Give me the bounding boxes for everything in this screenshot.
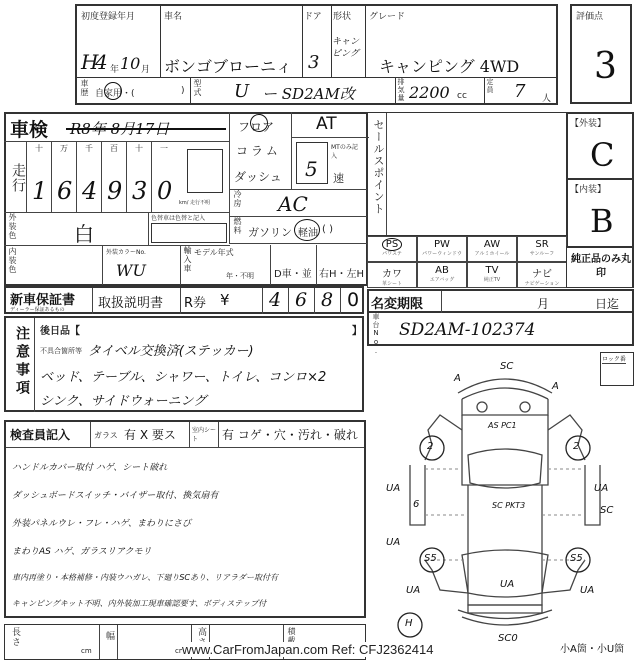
fuel-label: 燃料 — [232, 217, 243, 235]
car-name-cell: 車名 ボンゴブローニィ — [160, 4, 303, 78]
shape-label: 形状 — [333, 9, 351, 22]
damage-mark-hood: AS PC1 — [488, 421, 517, 430]
length-label: 長さ — [9, 627, 22, 647]
equipment-sub: パワーウィンドウ — [418, 250, 466, 257]
damage-mark-left-rear-upper: UA — [386, 537, 400, 548]
warranty-sub: ディーラー保証あるもの — [10, 306, 65, 313]
divider — [180, 245, 181, 285]
model-year-label: モデル年式 — [194, 247, 234, 258]
car-name-value: ボンゴブローニィ — [164, 54, 292, 77]
damage-mark-rear-wheel-right: S5 — [570, 553, 583, 564]
recycle-digit-value: 6 — [295, 289, 307, 311]
name-change-row: 名変期限 月 日迄 — [367, 289, 634, 313]
history-selected-circle — [104, 82, 122, 100]
seat-label: 室内シート — [192, 425, 216, 443]
aircon-label: 冷房 — [232, 190, 243, 208]
diagram-legend: 小A箇・小U箇 — [560, 640, 624, 655]
equipment-sub: 革シート — [368, 280, 416, 287]
mileage-digit-cell: 十3 — [126, 141, 151, 213]
history-close: ) — [181, 86, 185, 96]
fuel-diesel-circle — [294, 219, 320, 241]
recycle-digit-cell: 8 — [314, 288, 340, 314]
speeds-value: 5 — [305, 157, 318, 181]
shift-dash[interactable]: ダッシュ — [234, 168, 282, 185]
equipment-code: TV — [486, 265, 499, 276]
exterior-grade-cell: 【外装】 C — [566, 112, 634, 180]
model-prefix: U — [234, 81, 249, 102]
chassis-row: 車台No. SD2AM-102374 — [367, 312, 634, 346]
recycle-digits: 4680 — [244, 288, 364, 314]
color-code-value: WU — [116, 261, 146, 280]
equipment-ナビ[interactable]: ナビナビゲーション — [517, 262, 567, 288]
inspector-line-4: まわりAS ハゲ、ガラスリアクモリ — [12, 544, 152, 557]
mileage-row: 走行 十1万6千4百9十3一0 km/ 走行不明 — [4, 141, 230, 213]
glass-options: 有 X 要ス — [124, 426, 176, 443]
damage-mark-left-door-lower: 6 — [413, 499, 419, 510]
grade-label: グレード — [369, 9, 405, 22]
exterior-color-value: 白 — [74, 218, 94, 247]
glass-label: ガラス — [94, 430, 118, 441]
manual-label: 取扱説明書 — [98, 292, 163, 311]
equipment-sub: パワステ — [368, 250, 416, 257]
score-label: 評価点 — [576, 9, 603, 22]
recycle-digit-value: 8 — [321, 289, 333, 311]
notes-label: 注意事項 — [12, 326, 32, 398]
door-cell: ドア 3 — [302, 4, 332, 78]
divider — [386, 113, 387, 235]
equipment-カワ[interactable]: カワ革シート — [367, 262, 417, 288]
first-registration-label: 初度登録年月 — [81, 9, 135, 22]
transmission-cell: AT — [292, 112, 369, 138]
later-items-label: 後日品【 — [40, 322, 80, 337]
aircon-row: 冷房 AC — [229, 189, 368, 217]
equipment-code: PW — [434, 239, 450, 250]
mileage-digit-header: 十 — [135, 143, 143, 154]
divider — [92, 288, 93, 314]
chassis-value: SD2AM-102374 — [399, 320, 535, 340]
inspector-block: 検査員記入 ガラス 有 X 要ス 室内シート 有 コゲ・穴・汚れ・破れ ハンドル… — [4, 420, 366, 618]
shaken-label: 車検 — [10, 115, 48, 142]
mileage-stamp-box — [187, 149, 223, 193]
divider — [270, 245, 271, 285]
car-name-label: 車名 — [164, 9, 182, 22]
exterior-grade-label: 【外装】 — [570, 116, 606, 129]
damage-mark-front-bumper-left: A — [454, 373, 461, 384]
equipment-sr[interactable]: SRサンルーフ — [517, 236, 567, 262]
divider — [189, 422, 190, 448]
month-unit: 月 — [141, 62, 150, 75]
divider — [102, 245, 103, 285]
year-unit: 年 — [110, 62, 119, 75]
mileage-digit-cell: 十1 — [26, 141, 51, 213]
interior-grade-cell: 【内装】 B — [566, 178, 634, 248]
genuine-only-cell: 純正品のみ丸印 — [566, 246, 634, 288]
handle-option[interactable]: 右H・左H — [319, 265, 364, 280]
equipment-tv[interactable]: TV純正TV — [467, 262, 517, 288]
damage-mark-right-door: UA — [594, 483, 608, 494]
damage-mark-right-rear-lower: UA — [580, 585, 594, 596]
damage-mark-rear-bumper: SC0 — [498, 633, 518, 644]
mileage-digit-header: 一 — [160, 143, 168, 154]
import-label: 輸入車 — [182, 246, 193, 273]
displacement-value: 2200 — [409, 83, 450, 102]
transmission-value: AT — [316, 114, 337, 134]
capacity-label: 定員 — [485, 78, 495, 94]
inspector-header: 検査員記入 ガラス 有 X 要ス 室内シート 有 コゲ・穴・汚れ・破れ — [6, 422, 364, 448]
sales-point-block: セールスポイント — [367, 112, 567, 236]
speeds-box: 5 — [296, 142, 328, 184]
recycle-digit-cell: 6 — [288, 288, 314, 314]
mileage-digit-value: 4 — [82, 177, 97, 205]
exterior-color-label: 外装色 — [7, 213, 18, 240]
name-change-month: 月 — [537, 295, 549, 312]
divider — [99, 625, 100, 659]
damage-mark-rear-wheel-left: S5 — [424, 553, 437, 564]
damage-mark-front-bumper-center: SC — [500, 361, 513, 372]
interior-color-label: 内装色 — [7, 247, 18, 274]
fuel-gasoline[interactable]: ガソリン — [248, 224, 292, 240]
equipment-ab[interactable]: ABエアバッグ — [417, 262, 467, 288]
damage-mark-right-door-lower: SC — [600, 505, 613, 516]
inspector-line-3: 外装パネルウレ・フレ・ハゲ、まわりにさび — [12, 516, 191, 529]
displacement-unit: cc — [457, 91, 467, 101]
door-label: ドア — [304, 9, 322, 22]
grade-value: キャンピング 4WD — [379, 54, 519, 77]
equipment-sub: エアバッグ — [418, 276, 466, 283]
equipment-code: AB — [435, 265, 449, 276]
recycle-digit-value: 4 — [269, 289, 281, 311]
name-change-label: 名変期限 — [371, 293, 423, 312]
later-items-close: 】 — [352, 322, 362, 337]
mileage-digit-header: 千 — [85, 143, 93, 154]
damage-mark-front-bumper-right: A — [552, 381, 559, 392]
shaken-strikethrough — [66, 128, 226, 130]
diagram-marks: ASCAAS PC122UA6UASCSC PKT3UAS5S5UAUAUASC… — [370, 355, 640, 645]
interior-grade-value: B — [590, 202, 614, 240]
equipment-aw[interactable]: AWアルミホイール — [467, 236, 517, 262]
mileage-digit-cell: 一0 — [151, 141, 176, 213]
divider — [117, 625, 118, 659]
mileage-digits: 十1万6千4百9十3一0 — [26, 141, 176, 213]
damage-mark-rear-panel: UA — [500, 579, 514, 590]
damage-mark-left-rear-lower: UA — [406, 585, 420, 596]
equipment-code: ナビ — [532, 269, 552, 280]
equipment-sub: サンルーフ — [518, 250, 566, 257]
score-cell: 評価点 3 — [570, 4, 632, 104]
notes-line-3: シンク、サイドウォーニング — [40, 390, 206, 409]
divider — [218, 422, 219, 448]
damage-mark-left-door: UA — [386, 483, 400, 494]
shift-block: フロア コラム ダッシュ AT 5 MTのみ記入 速 — [229, 112, 368, 190]
name-change-day: 日迄 — [595, 295, 619, 312]
aircon-value: AC — [278, 192, 308, 216]
notes-line-1: タイベル交換済(ステッカー) — [88, 340, 254, 359]
displacement-label: 排気量 — [396, 78, 406, 102]
model-year-value: 年・不明 — [226, 271, 254, 281]
shift-type-options: フロア コラム ダッシュ — [230, 112, 292, 190]
equipment-sub: アルミホイール — [468, 250, 516, 257]
watermark: www.CarFromJapan.com Ref: CFJ2362414 — [182, 642, 433, 657]
divider — [316, 245, 317, 285]
mileage-digit-cell: 万6 — [51, 141, 76, 213]
shift-floor-circle — [250, 114, 268, 132]
genuine-only-label: 純正品のみ丸印 — [570, 253, 632, 281]
divider — [34, 318, 35, 412]
equipment-pw[interactable]: PWパワーウィンドウ — [417, 236, 467, 262]
notes-line-2: ベッド、テーブル、シャワー、トイレ、コンロ×2 — [40, 366, 326, 385]
fuel-row: 燃料 ガソリン 軽油 ( ) — [229, 216, 368, 244]
dealer-option[interactable]: D車・並 — [274, 265, 312, 280]
inspector-line-5: 車内再塗り・本格補修・内装ウハガレ、下廻りSCあり、リアラダー取付有 — [12, 572, 278, 583]
inspector-line-2: ダッシュボードスイッチ・バイザー取付、換気扇有 — [12, 488, 218, 501]
shape-cell: 形状 キャンピング — [331, 4, 366, 78]
mileage-digit-value: 9 — [107, 177, 122, 205]
score-value: 3 — [594, 46, 617, 87]
inspector-line-1: ハンドルカバー取付 ハゲ、シート破れ — [12, 460, 167, 473]
grade-cell: グレード キャンピング 4WD — [365, 4, 558, 78]
shape-value: キャンピング — [332, 36, 364, 60]
mileage-digit-header: 万 — [60, 143, 68, 154]
mileage-digit-value: 3 — [132, 177, 147, 205]
mileage-digit-value: 6 — [57, 177, 72, 205]
mileage-label: 走行 — [8, 163, 28, 193]
recycle-digit-value: 0 — [347, 289, 359, 311]
shift-column[interactable]: コラム — [236, 142, 281, 159]
speed-unit: 速 — [333, 170, 344, 186]
mt-note: MTのみ記入 — [331, 142, 359, 160]
recycle-currency: ¥ — [220, 291, 230, 309]
fuel-other: ( ) — [322, 224, 333, 235]
displacement-cell: 排気量 2200 cc — [395, 77, 485, 105]
damage-mark-hitch: H — [405, 618, 413, 629]
history-label: 車歴 — [79, 79, 90, 97]
damage-mark-front-wheel-right: 2 — [573, 441, 579, 452]
model-cell: 型式 U ー SD2AM改 — [190, 77, 396, 105]
divider — [90, 422, 91, 448]
divider — [441, 291, 442, 313]
color-code-label: 外装カラーNo. — [106, 247, 146, 256]
sales-point-label: セールスポイント — [370, 119, 386, 215]
shaken-row: 車検 R8年 8月17日 — [4, 112, 230, 142]
equipment-ps[interactable]: PSパワステ — [367, 236, 417, 262]
equipment-sub: 純正TV — [468, 276, 516, 283]
equipment-grid: PSパワステPWパワーウィンドウAWアルミホイールSRサンルーフカワ革シートAB… — [367, 236, 567, 288]
recycle-digit-cell: 4 — [262, 288, 288, 314]
model-code: ー SD2AM改 — [262, 83, 355, 104]
mileage-digit-value: 0 — [157, 177, 172, 205]
door-count: 3 — [308, 52, 319, 73]
repaint-note: 色替車は色替と記入 — [151, 213, 205, 222]
width-label: 幅 — [103, 631, 116, 641]
mileage-digit-value: 1 — [32, 177, 47, 205]
chassis-label: 車台No. — [371, 313, 381, 356]
first-registration-month: 10 — [120, 54, 140, 73]
equipment-sub: ナビゲーション — [518, 280, 566, 287]
interior-grade-label: 【内装】 — [570, 182, 606, 195]
length-unit: cm — [81, 647, 92, 655]
equipment-code: SR — [535, 239, 548, 250]
notes-block: 注意事項 後日品【 】 不具合箇所等 タイベル交換済(ステッカー) ベッド、テー… — [4, 316, 364, 412]
interior-color-row: 内装色 外装カラーNo. WU 輸入車 モデル年式 年・不明 D車・並 右H・左… — [4, 245, 368, 285]
seat-options: 有 コゲ・穴・汚れ・破れ — [222, 426, 358, 443]
mileage-digit-cell: 百9 — [101, 141, 126, 213]
model-label: 型式 — [192, 79, 203, 97]
docs-row: 新車保証書 ディーラー保証あるもの 取扱説明書 R券 ¥ 4680 — [4, 286, 364, 314]
capacity-unit: 人 — [542, 91, 551, 104]
mileage-digit-header: 百 — [110, 143, 118, 154]
capacity-cell: 定員 7 人 — [484, 77, 558, 105]
repaint-box: 色替車は色替と記入 — [148, 212, 230, 246]
mileage-digit-cell: 千4 — [76, 141, 101, 213]
mileage-unit-note: km/ 走行不明 — [179, 199, 210, 206]
divider — [180, 288, 181, 314]
equipment-code: AW — [484, 239, 500, 250]
damage-mark-roof: SC PKT3 — [492, 501, 525, 510]
exterior-grade-value: C — [590, 136, 614, 174]
mileage-digit-header: 十 — [35, 143, 43, 154]
history-cell: 車歴 自家用・( ) — [75, 77, 191, 105]
first-registration-cell: 初度登録年月 H 4 年 10 月 — [75, 4, 161, 78]
defects-label: 不具合箇所等 — [40, 346, 82, 356]
damage-mark-front-wheel-left: 2 — [427, 441, 433, 452]
recycle-digit-cell: 0 — [340, 288, 366, 314]
first-registration-year: 4 — [95, 50, 108, 74]
repaint-input[interactable] — [151, 223, 227, 243]
exterior-color-row: 外装色 白 色替車は色替と記入 — [4, 212, 230, 246]
equipment-code: カワ — [382, 269, 402, 280]
inspector-label: 検査員記入 — [10, 426, 70, 443]
recycle-label: R券 — [184, 292, 206, 311]
inspector-line-6: キャンピングキット不明、内外装加工現車確認要す、ボディステップ付 — [12, 598, 266, 609]
capacity-value: 7 — [514, 81, 525, 102]
